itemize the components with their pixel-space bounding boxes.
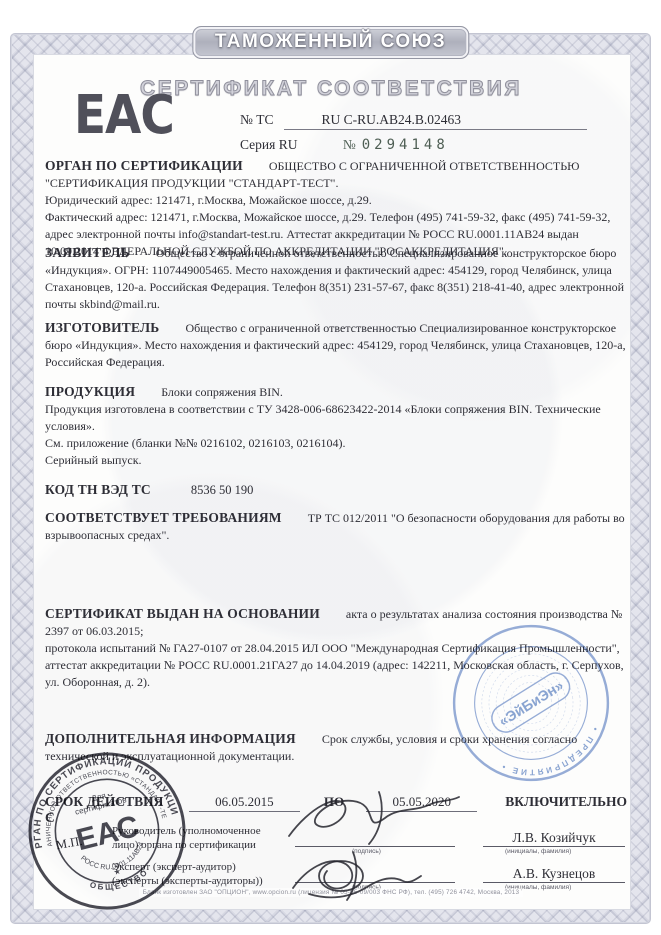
section-label: ЗАЯВИТЕЛЬ [45, 245, 130, 260]
number-value: RU C-RU.АВ24.В.02463 [284, 112, 587, 130]
validity-inclusive-label: ВКЛЮЧИТЕЛЬНО [505, 794, 627, 810]
head-name: Л.В. Козийчук [483, 830, 625, 846]
section-text: Общество с ограниченной ответственностью… [45, 246, 624, 311]
section-manufacturer: ИЗГОТОВИТЕЛЬОбщество с ограниченной отве… [45, 318, 627, 371]
section-label: ИЗГОТОВИТЕЛЬ [45, 320, 159, 335]
name-caption: (инициалы, фамилия) [505, 848, 571, 855]
section-label: СЕРТИФИКАТ ВЫДАН НА ОСНОВАНИИ [45, 606, 320, 621]
customs-union-banner: ТАМОЖЕННЫЙ СОЮЗ [192, 26, 469, 59]
section-lead: ОБЩЕСТВО С ОГРАНИЧЕННОЙ ОТВЕТСТВЕННОСТЬЮ [269, 159, 580, 173]
series-row: Серия RU №0294148 [240, 137, 449, 153]
section-product: ПРОДУКЦИЯБлоки сопряжения BIN. Продукция… [45, 382, 627, 469]
section-requirements: СООТВЕТСТВУЕТ ТРЕБОВАНИЯМТР ТС 012/2011 … [45, 508, 627, 544]
section-text-line: "СЕРТИФИКАЦИЯ ПРОДУКЦИИ "СТАНДАРТ-ТЕСТ". [45, 175, 627, 192]
stamp-eac-mark: ЕАС [73, 810, 143, 857]
section-label: ОРГАН ПО СЕРТИФИКАЦИИ [45, 158, 243, 173]
certificate-number-row: № ТСRU C-RU.АВ24.В.02463 [240, 112, 587, 130]
serial-prefix: № [343, 137, 356, 152]
section-applicant: ЗАЯВИТЕЛЬОбщество с ограниченной ответст… [45, 243, 627, 313]
serial-number: 0294148 [362, 137, 449, 153]
section-tnved-code: КОД ТН ВЭД ТС8536 50 190 [45, 480, 627, 500]
section-label: ПРОДУКЦИЯ [45, 384, 135, 399]
expert-name: А.В. Кузнецов [483, 866, 625, 882]
section-text-line: Продукция изготовлена в соответствии с Т… [45, 401, 627, 435]
handwritten-signatures [283, 788, 473, 903]
eac-logo: ЕАС [74, 88, 174, 141]
section-lead: Блоки сопряжения BIN. [161, 385, 283, 399]
section-label: ДОПОЛНИТЕЛЬНАЯ ИНФОРМАЦИЯ [45, 731, 296, 746]
expert-name-line [483, 882, 625, 883]
head-name-line [483, 846, 625, 847]
serial-group: №0294148 [343, 137, 449, 153]
banner-text: ТАМОЖЕННЫЙ СОЮЗ [215, 31, 446, 52]
section-text-line: См. приложение (бланки №№ 0216102, 02161… [45, 435, 627, 452]
section-text-line: Юридический адрес: 121471, г.Москва, Мож… [45, 192, 627, 209]
series-label: Серия RU [240, 137, 297, 152]
section-label: КОД ТН ВЭД ТС [45, 482, 151, 497]
section-label: СООТВЕТСТВУЕТ ТРЕБОВАНИЯМ [45, 510, 282, 525]
tnved-code-value: 8536 50 190 [191, 483, 254, 497]
section-text-line: Серийный выпуск. [45, 452, 627, 469]
abn-blue-round-stamp: • ПРЕДПРИЯТИЕ • «ЭйБиЭн» [438, 610, 623, 795]
head-signature-ink [289, 797, 459, 836]
number-label: № ТС [240, 112, 274, 127]
